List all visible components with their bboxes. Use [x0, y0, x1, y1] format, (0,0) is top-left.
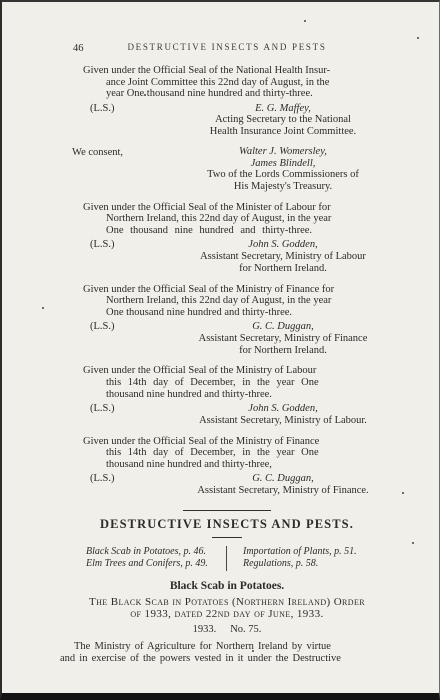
signature-block-finance-aug: (L.S.) G. C. Duggan, Assistant Secretary…	[60, 321, 394, 356]
attestation-line: Given under the Official Seal of the Min…	[60, 284, 394, 296]
attestation-line: thousand nine hundred and thirty-three,	[60, 459, 394, 471]
scan-speckle	[402, 492, 404, 494]
signature-name: James Blindell,	[172, 158, 394, 170]
attestation-line: One thousand nine hundred and thirty-thr…	[60, 225, 394, 237]
signature-office-line: Acting Secretary to the National	[172, 114, 394, 126]
contents-index-right: Importation of Plants, p. 51. Regulation…	[227, 546, 394, 571]
page-number: 46	[73, 43, 84, 54]
attestation-line: Given under the Official Seal of the Min…	[60, 202, 394, 214]
index-entry: Regulations, p. 58.	[243, 558, 394, 571]
attestation-line: thousand nine hundred and thirty-three.	[60, 389, 394, 401]
signature-block-labour-aug: (L.S.) John S. Godden, Assistant Secreta…	[60, 239, 394, 274]
signature-office-line: for Northern Ireland.	[172, 263, 394, 275]
signature-name: Walter J. Womersley,	[172, 146, 394, 158]
signature-office-line: Assistant Secretary, Ministry of Labour	[172, 251, 394, 263]
attestation-nhi: Given under the Official Seal of the Nat…	[60, 65, 394, 100]
attestation-line: One thousand nine hundred and thirty-thr…	[60, 307, 394, 319]
consent-label: We consent,	[72, 147, 123, 159]
attestation-line: Given under the Official Seal of the Min…	[60, 365, 394, 377]
index-entry: Importation of Plants, p. 51.	[243, 546, 394, 559]
attestation-line: this 14th day of December, in the year O…	[60, 447, 394, 459]
scan-speckle	[304, 20, 306, 22]
scan-speckle	[144, 94, 146, 96]
seal-mark: (L.S.)	[90, 103, 115, 115]
attestation-line: this 14th day of December, in the year O…	[60, 377, 394, 389]
signature-name: G. C. Duggan,	[172, 321, 394, 333]
attestation-finance-aug: Given under the Official Seal of the Min…	[60, 284, 394, 319]
attestation-labour-dec: Given under the Official Seal of the Min…	[60, 365, 394, 400]
order-caption-line: The Black Scab in Potatoes (Northern Ire…	[60, 596, 394, 609]
seal-mark: (L.S.)	[90, 403, 115, 415]
signature-office-line: for Northern Ireland.	[172, 345, 394, 357]
attestation-line: ance Joint Committee this 22nd day of Au…	[60, 77, 394, 89]
signature-block-nhi: (L.S.) E. G. Maffey, Acting Secretary to…	[60, 103, 394, 138]
contents-index: Black Scab in Potatoes, p. 46. Elm Trees…	[60, 546, 394, 571]
running-title: DESTRUCTIVE INSECTS AND PESTS	[60, 42, 394, 52]
signature-office-line: Assistant Secretary, Ministry of Labour.	[172, 415, 394, 427]
seal-mark: (L.S.)	[90, 473, 115, 485]
article-body: The Ministry of Agriculture for Northern…	[60, 641, 394, 665]
attestation-line: year One thousand nine hundred and thirt…	[60, 88, 394, 100]
contents-index-left: Black Scab in Potatoes, p. 46. Elm Trees…	[60, 546, 227, 571]
attestation-line: Northern Ireland, this 22nd day of Augus…	[60, 295, 394, 307]
order-year: 1933.	[193, 624, 217, 635]
article-title: Black Scab in Potatoes.	[60, 580, 394, 592]
attestation-finance-dec: Given under the Official Seal of the Min…	[60, 436, 394, 471]
order-caption: The Black Scab in Potatoes (Northern Ire…	[60, 596, 394, 621]
index-entry: Elm Trees and Conifers, p. 49.	[86, 558, 226, 571]
body-line: and in exercise of the powers vested in …	[60, 653, 394, 665]
body-line: The Ministry of Agriculture for Northern…	[60, 641, 394, 653]
signature-name: John S. Godden,	[172, 239, 394, 251]
signature-office-line: Two of the Lords Commissioners of	[172, 169, 394, 181]
attestation-line: Northern Ireland, this 22nd day of Augus…	[60, 213, 394, 225]
section-title: DESTRUCTIVE INSECTS AND PESTS.	[60, 517, 394, 532]
signature-name: E. G. Maffey,	[172, 103, 394, 115]
signature-block-labour-dec: (L.S.) John S. Godden, Assistant Secreta…	[60, 403, 394, 426]
seal-mark: (L.S.)	[90, 239, 115, 251]
scan-speckle	[42, 307, 44, 309]
consent-block: We consent, Walter J. Womersley, James B…	[60, 146, 394, 193]
index-entry: Black Scab in Potatoes, p. 46.	[86, 546, 226, 559]
signature-office-line: Health Insurance Joint Committee.	[172, 126, 394, 138]
order-caption-line: of 1933, dated 22nd day of June, 1933.	[60, 608, 394, 621]
divider-rule	[183, 510, 271, 511]
order-number: No. 75.	[230, 624, 261, 635]
signature-block-finance-dec: (L.S.) G. C. Duggan, Assistant Secretary…	[60, 473, 394, 496]
attestation-labour-aug: Given under the Official Seal of the Min…	[60, 202, 394, 237]
scan-speckle	[417, 37, 419, 39]
signature-name: John S. Godden,	[172, 403, 394, 415]
signature-office-line: Assistant Secretary, Ministry of Finance…	[172, 485, 394, 497]
order-number-line: 1933.No. 75.	[60, 624, 394, 635]
signature-name: G. C. Duggan,	[172, 473, 394, 485]
attestation-line: Given under the Official Seal of the Min…	[60, 436, 394, 448]
signature-office-line: Assistant Secretary, Ministry of Finance	[172, 333, 394, 345]
signature-office-line: His Majesty's Treasury.	[172, 181, 394, 193]
divider-rule-short	[212, 537, 242, 538]
scan-speckle	[252, 650, 254, 652]
seal-mark: (L.S.)	[90, 321, 115, 333]
attestation-line: Given under the Official Seal of the Nat…	[60, 65, 394, 77]
page-header: 46 DESTRUCTIVE INSECTS AND PESTS	[60, 42, 394, 56]
scan-speckle	[412, 542, 414, 544]
page-content: 46 DESTRUCTIVE INSECTS AND PESTS Given u…	[2, 2, 439, 665]
scanned-document-page: 46 DESTRUCTIVE INSECTS AND PESTS Given u…	[0, 0, 440, 700]
